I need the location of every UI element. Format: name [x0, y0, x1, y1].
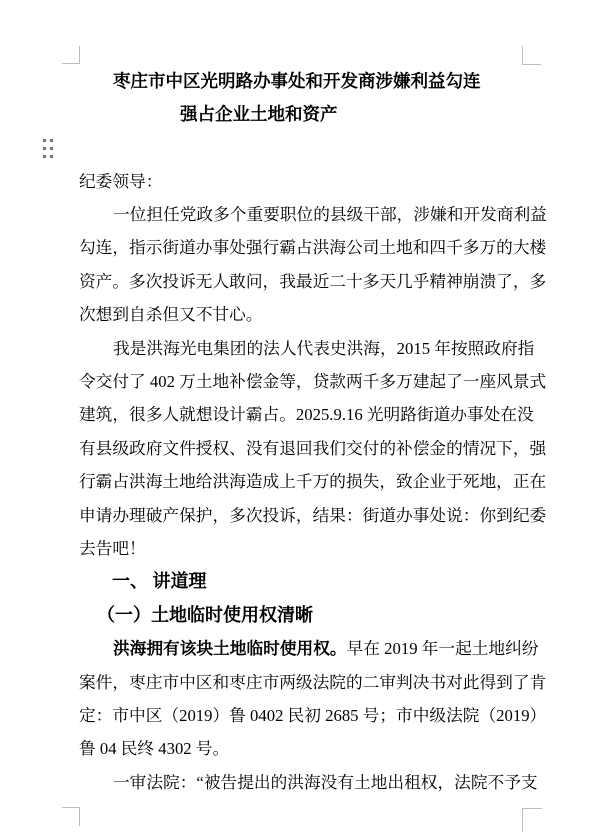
text-line: 定：市中区（2019）鲁 0402 民初 2685 号；市中级法院（2019） — [79, 699, 530, 732]
text-segment: 洪海拥有该块土地临时使用权。 — [113, 639, 347, 658]
text-segment: 一位担任党政多个重要职位的县级干部，涉嫌和开发商利益 — [113, 205, 547, 224]
margin-crop-mark-top-left — [62, 46, 80, 64]
document-title-line: 强占企业土地和资产 — [79, 98, 530, 131]
text-segment: 一审法院：“被告提出的洪海没有土地出租权，法院不予支 — [113, 773, 538, 792]
text-line: 一审法院：“被告提出的洪海没有土地出租权，法院不予支 — [79, 766, 530, 799]
text-line: 资产。多次投诉无人敢问，我最近二十多天几乎精神崩溃了，多 — [79, 265, 530, 298]
text-segment: 强占企业土地和资产 — [180, 104, 338, 124]
text-line: 鲁 04 民终 4302 号。 — [79, 732, 530, 765]
text-line: 案件，枣庄市中区和枣庄市两级法院的二审判决书对此得到了肯 — [79, 666, 530, 699]
text-line: 有县级政府文件授权、没有退回我们交付的补偿金的情况下，强 — [79, 432, 530, 465]
text-segment: 鲁 04 民终 4302 号。 — [79, 739, 229, 758]
document-text-area[interactable]: 枣庄市中区光明路办事处和开发商涉嫌利益勾连强占企业土地和资产纪委领导：一位担任党… — [79, 65, 530, 800]
margin-crop-mark-bottom-left — [62, 807, 80, 826]
text-segment: 建筑，很多人就想设计霸占。2025.9.16 光明路街道办事处在没 — [79, 405, 534, 424]
text-line: 一位担任党政多个重要职位的县级干部，涉嫌和开发商利益 — [79, 198, 530, 231]
text-segment: 一、 讲道理 — [112, 571, 207, 591]
document-page[interactable]: 枣庄市中区光明路办事处和开发商涉嫌利益勾连强占企业土地和资产纪委领导：一位担任党… — [0, 0, 604, 831]
document-title-line: 枣庄市中区光明路办事处和开发商涉嫌利益勾连 — [79, 65, 530, 98]
text-line: 建筑，很多人就想设计霸占。2025.9.16 光明路街道办事处在没 — [79, 398, 530, 431]
text-line: 令交付了 402 万土地补偿金等，贷款两千多万建起了一座风景式 — [79, 365, 530, 398]
section-subheading: （一）土地临时使用权清晰 — [79, 599, 530, 632]
text-segment: 勾连，指示街道办事处强行霸占洪海公司土地和四千多万的大楼 — [79, 238, 546, 257]
section-heading: 一、 讲道理 — [79, 565, 530, 598]
text-line: 次想到自杀但又不甘心。 — [79, 298, 530, 331]
text-line: 行霸占洪海土地给洪海造成上千万的损失，致企业于死地，正在 — [79, 465, 530, 498]
text-segment: （一）土地临时使用权清晰 — [97, 605, 313, 625]
text-segment: 次想到自杀但又不甘心。 — [79, 305, 263, 324]
margin-crop-mark-top-right — [522, 46, 541, 65]
text-segment: 行霸占洪海土地给洪海造成上千万的损失，致企业于死地，正在 — [79, 472, 546, 491]
drag-handle-icon[interactable] — [43, 139, 53, 158]
text-segment: 我是洪海光电集团的法人代表史洪海，2015 年按照政府指 — [113, 339, 534, 358]
text-segment: 令交付了 402 万土地补偿金等，贷款两千多万建起了一座风景式 — [79, 372, 546, 391]
text-segment: 申请办理破产保护，多次投诉，结果：街道办事处说：你到纪委 — [79, 506, 546, 525]
text-segment: 资产。多次投诉无人敢问，我最近二十多天几乎精神崩溃了，多 — [79, 272, 546, 291]
text-line: 申请办理破产保护，多次投诉，结果：街道办事处说：你到纪委 — [79, 499, 530, 532]
text-segment: 枣庄市中区光明路办事处和开发商涉嫌利益勾连 — [113, 71, 481, 91]
text-line: 去告吧！ — [79, 532, 530, 565]
text-line: 纪委领导： — [79, 165, 530, 198]
text-segment: 纪委领导： — [79, 172, 162, 191]
text-segment: 案件，枣庄市中区和枣庄市两级法院的二审判决书对此得到了肯 — [79, 673, 546, 692]
text-segment: 去告吧！ — [79, 539, 146, 558]
text-segment: 定：市中区（2019）鲁 0402 民初 2685 号；市中级法院（2019） — [79, 706, 546, 725]
text-line: 勾连，指示街道办事处强行霸占洪海公司土地和四千多万的大楼 — [79, 231, 530, 264]
text-segment: 早在 2019 年一起土地纠纷 — [347, 639, 539, 658]
text-segment: 有县级政府文件授权、没有退回我们交付的补偿金的情况下，强 — [79, 439, 546, 458]
text-line: 我是洪海光电集团的法人代表史洪海，2015 年按照政府指 — [79, 332, 530, 365]
text-line: 洪海拥有该块土地临时使用权。早在 2019 年一起土地纠纷 — [79, 632, 530, 665]
margin-crop-mark-bottom-right — [522, 808, 542, 831]
blank-line — [79, 131, 530, 164]
